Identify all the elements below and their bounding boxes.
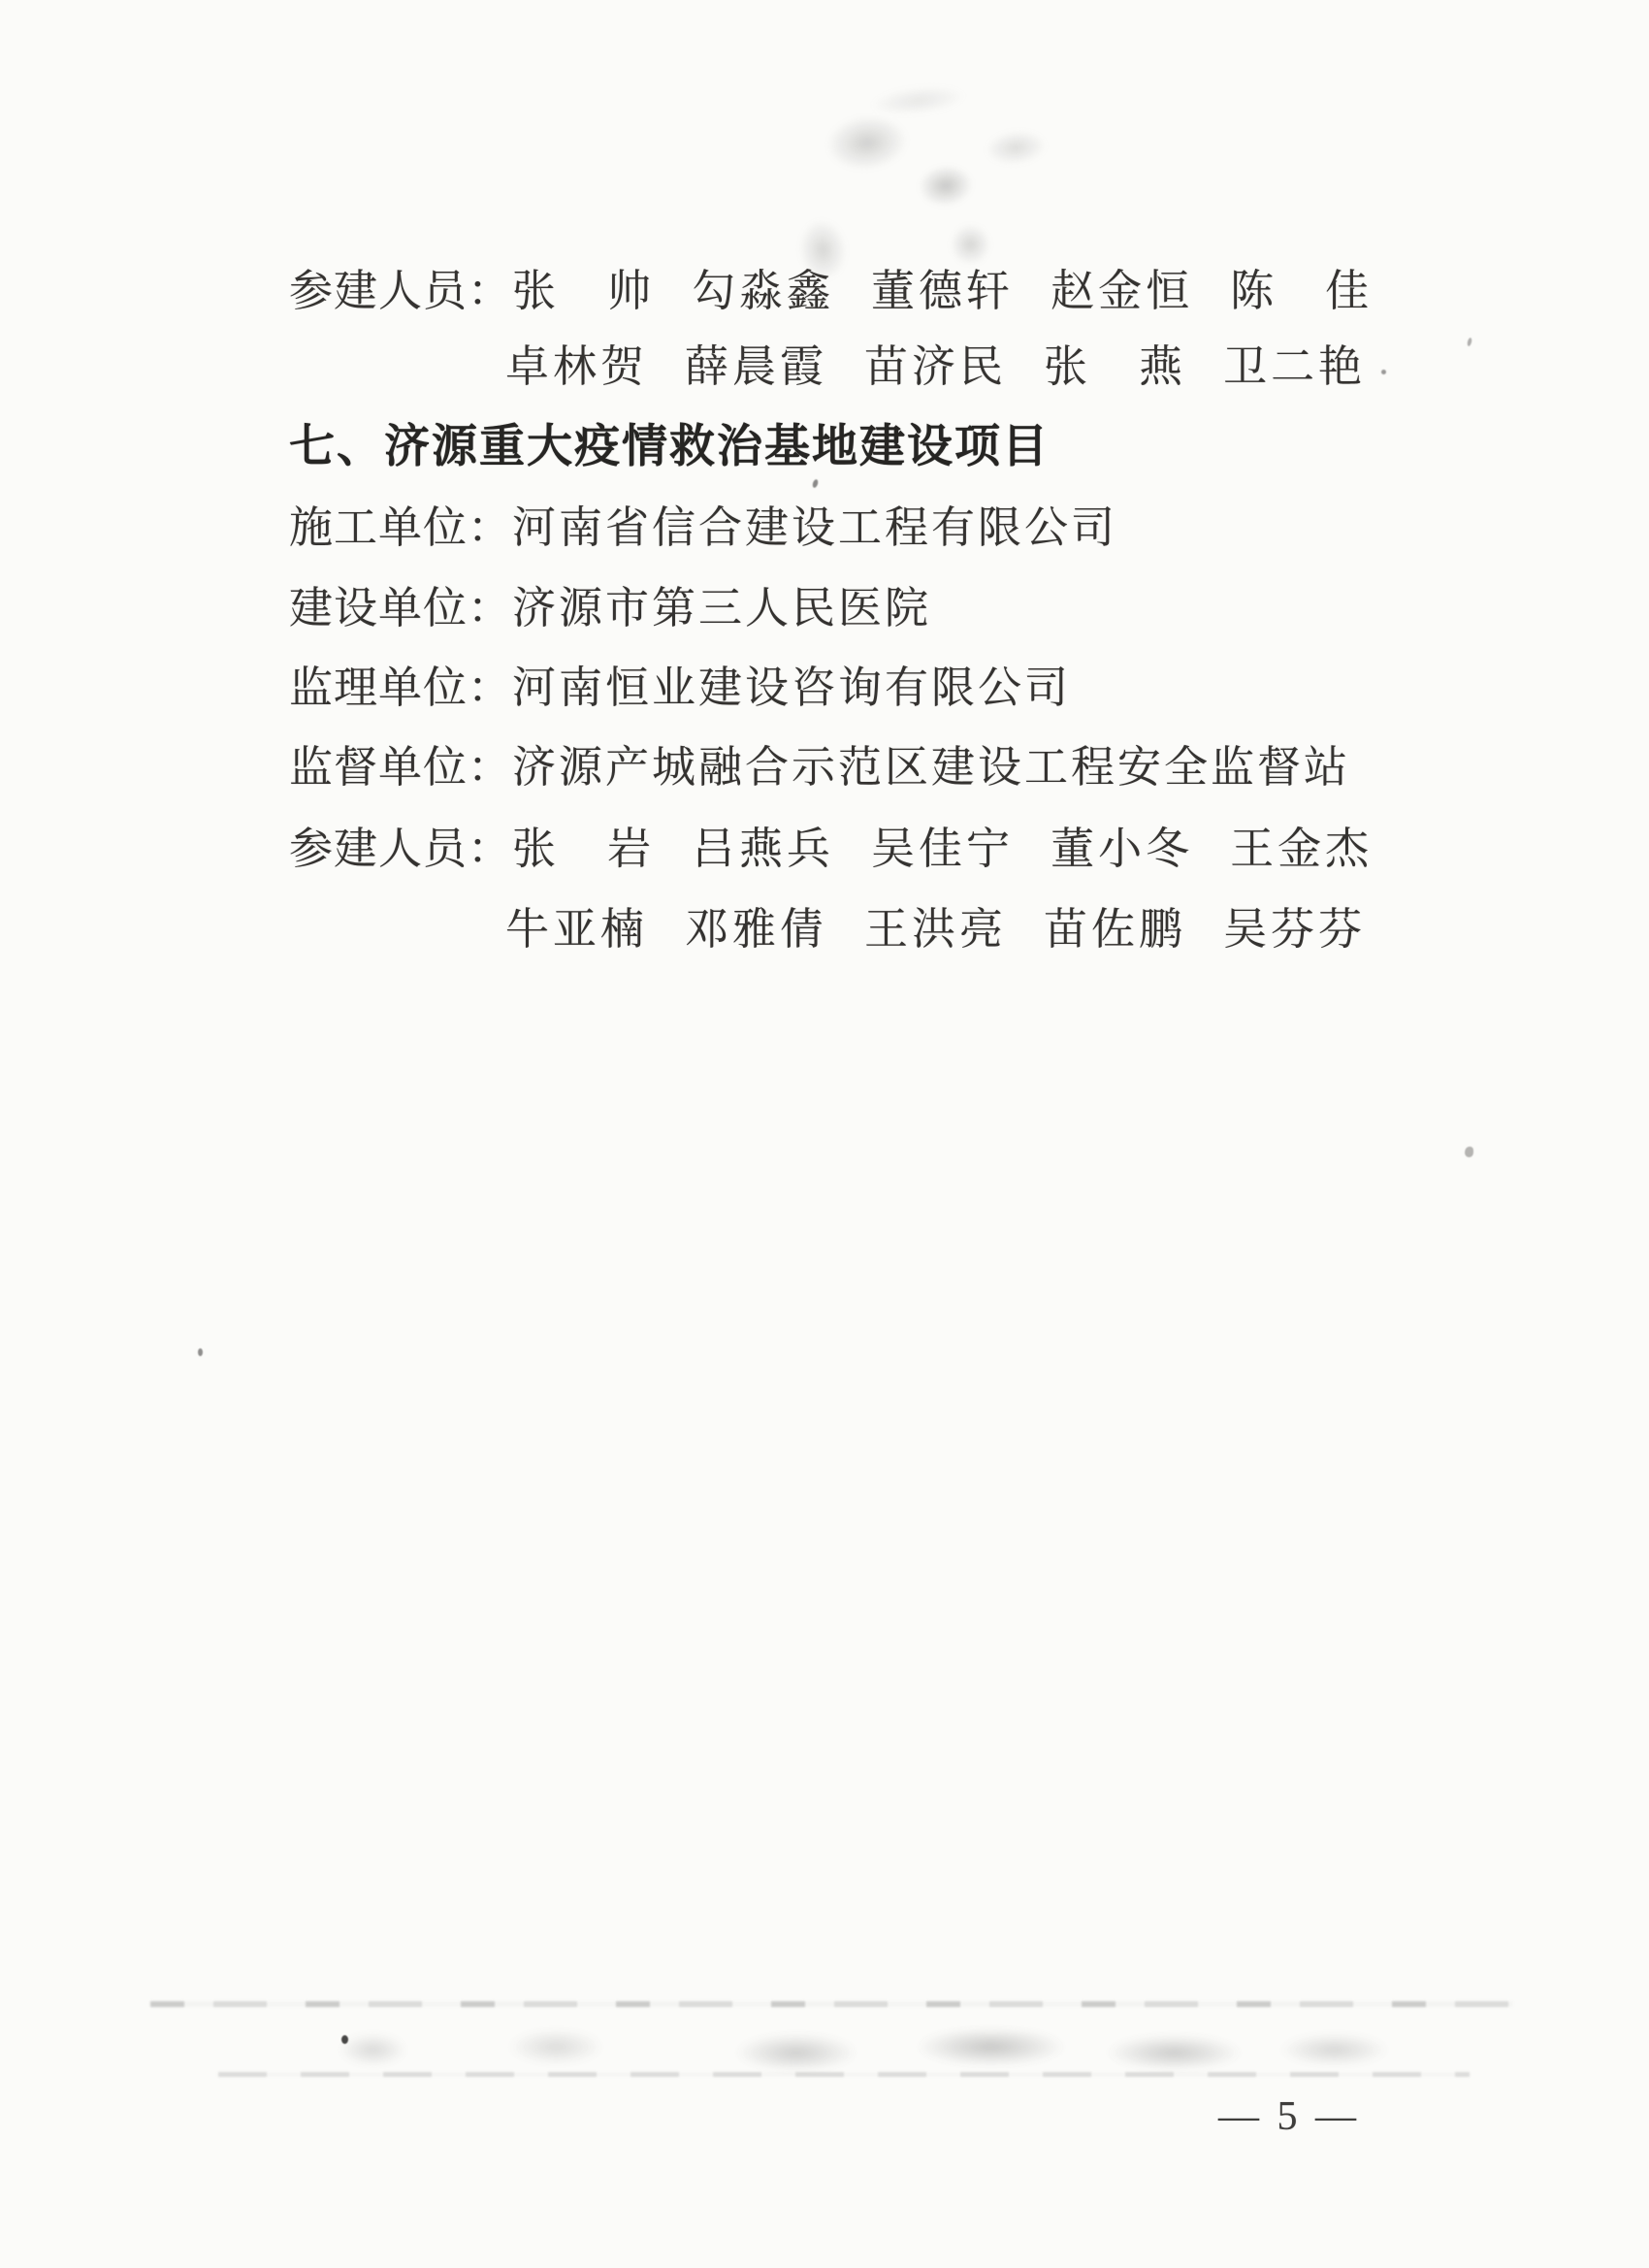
field-label: 建设单位： <box>289 579 512 637</box>
participant-name: 张 燕 <box>1044 338 1186 396</box>
field-construction-unit: 施工单位：河南省信合建设工程有限公司 <box>289 499 1117 557</box>
participants-line-1: 参建人员：张 帅勾淼鑫董德轩赵金恒陈 佳 <box>289 262 1373 320</box>
field-label: 监理单位： <box>289 659 512 717</box>
participant-name: 张 岩 <box>512 820 655 878</box>
participant-name: 王金杰 <box>1230 820 1373 878</box>
scanned-document-page: 参建人员：张 帅勾淼鑫董德轩赵金恒陈 佳 卓林贺薛晨霞苗济民张 燕卫二艳 七、济… <box>0 0 1649 2268</box>
participant-name: 吴佳宁 <box>871 820 1014 878</box>
participants-names-row: 牛亚楠邓雅倩王洪亮苗佐鹏吴芬芬 <box>505 900 1366 958</box>
scan-streak <box>150 2001 1513 2007</box>
scan-speck <box>198 1348 203 1356</box>
participant-name: 张 帅 <box>512 262 655 320</box>
participant-name: 牛亚楠 <box>505 900 648 958</box>
page-number: — 5 — <box>1218 2093 1360 2140</box>
field-value: 济源产城融合示范区建设工程安全监督站 <box>512 743 1350 792</box>
participant-name: 吕燕兵 <box>692 820 834 878</box>
participants-line-2: 卓林贺薛晨霞苗济民张 燕卫二艳 <box>505 338 1366 396</box>
participants-names-row: 张 帅勾淼鑫董德轩赵金恒陈 佳 <box>512 262 1373 320</box>
field-value: 河南省信合建设工程有限公司 <box>512 503 1117 552</box>
participant-name: 勾淼鑫 <box>692 262 834 320</box>
participant-name: 董小冬 <box>1051 820 1193 878</box>
field-value: 济源市第三人民医院 <box>512 584 931 632</box>
participant-name: 陈 佳 <box>1230 262 1373 320</box>
participant-name: 卓林贺 <box>505 338 648 396</box>
participant-name: 王洪亮 <box>864 900 1007 958</box>
participant-name: 邓雅倩 <box>685 900 827 958</box>
field-label: 监督单位： <box>289 738 512 796</box>
participants-label: 参建人员： <box>289 820 512 878</box>
participant-name: 吴芬芬 <box>1223 900 1366 958</box>
field-label: 施工单位： <box>289 499 512 557</box>
participant-name: 卫二艳 <box>1223 338 1366 396</box>
scan-speck <box>1467 338 1472 347</box>
field-supervision-consultant-unit: 监理单位：河南恒业建设咨询有限公司 <box>289 659 1071 717</box>
participants-line-2: 牛亚楠邓雅倩王洪亮苗佐鹏吴芬芬 <box>505 900 1366 958</box>
participant-name: 薛晨霞 <box>685 338 827 396</box>
scan-speck <box>1465 1147 1473 1157</box>
field-owner-unit: 建设单位：济源市第三人民医院 <box>289 579 931 637</box>
field-oversight-unit: 监督单位：济源产城融合示范区建设工程安全监督站 <box>289 738 1350 796</box>
scan-smudge-band <box>281 2022 1426 2078</box>
participants-label: 参建人员： <box>289 262 512 320</box>
participants-names-row: 卓林贺薛晨霞苗济民张 燕卫二艳 <box>505 338 1366 396</box>
participants-line-1: 参建人员：张 岩吕燕兵吴佳宁董小冬王金杰 <box>289 820 1373 878</box>
participants-names-row: 张 岩吕燕兵吴佳宁董小冬王金杰 <box>512 820 1373 878</box>
section-heading: 七、济源重大疫情救治基地建设项目 <box>289 417 1050 475</box>
participant-name: 苗济民 <box>864 338 1007 396</box>
field-value: 河南恒业建设咨询有限公司 <box>512 664 1071 712</box>
scan-streak <box>218 2072 1470 2077</box>
scan-speck <box>341 2035 348 2044</box>
participant-name: 董德轩 <box>871 262 1014 320</box>
scan-speck <box>1381 370 1386 374</box>
scan-speck <box>812 478 820 488</box>
participant-name: 苗佐鹏 <box>1044 900 1186 958</box>
participant-name: 赵金恒 <box>1051 262 1193 320</box>
